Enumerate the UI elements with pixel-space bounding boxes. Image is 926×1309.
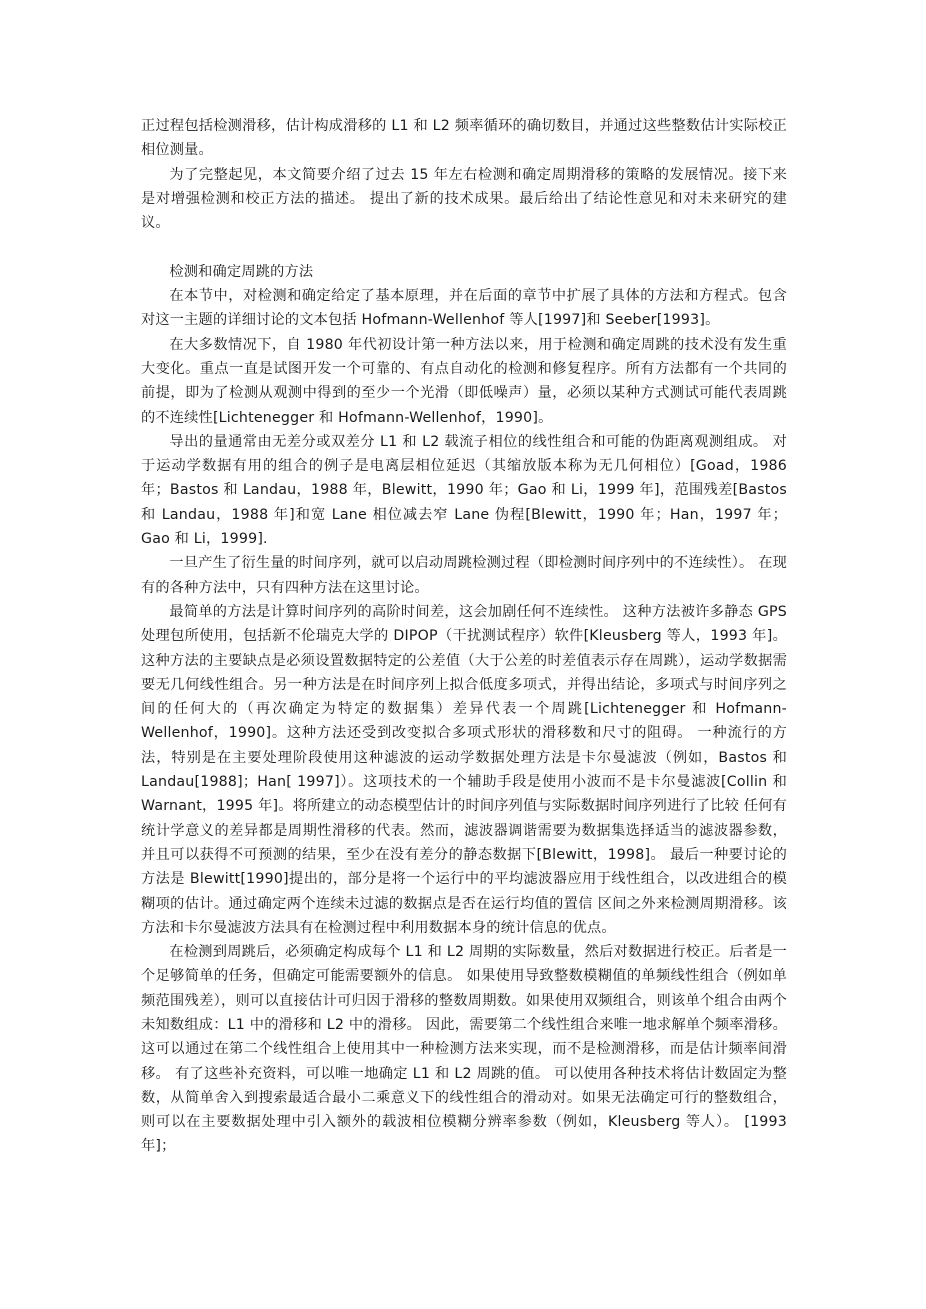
paragraph: 在检测到周跳后，必须确定构成每个 L1 和 L2 周期的实际数量，然后对数据进行…	[141, 940, 787, 1159]
paragraph: 在大多数情况下，自 1980 年代初设计第一种方法以来，用于检测和确定周跳的技术…	[141, 333, 787, 430]
paragraph: 一旦产生了衍生量的时间序列，就可以启动周跳检测过程（即检测时间序列中的不连续性）…	[141, 551, 787, 600]
document-page: 正过程包括检测滑移，估计构成滑移的 L1 和 L2 频率循环的确切数目，并通过这…	[141, 114, 787, 1159]
paragraph: 为了完整起见，本文简要介绍了过去 15 年左右检测和确定周期滑移的策略的发展情况…	[141, 163, 787, 236]
paragraph: 最简单的方法是计算时间序列的高阶时间差，这会加剧任何不连续性。 这种方法被许多静…	[141, 600, 787, 940]
blank-line	[141, 235, 787, 259]
paragraph: 正过程包括检测滑移，估计构成滑移的 L1 和 L2 频率循环的确切数目，并通过这…	[141, 114, 787, 163]
paragraph: 在本节中，对检测和确定给定了基本原理，并在后面的章节中扩展了具体的方法和方程式。…	[141, 284, 787, 333]
paragraph: 导出的量通常由无差分或双差分 L1 和 L2 载流子相位的线性组合和可能的伪距离…	[141, 430, 787, 551]
section-heading: 检测和确定周跳的方法	[141, 260, 787, 284]
